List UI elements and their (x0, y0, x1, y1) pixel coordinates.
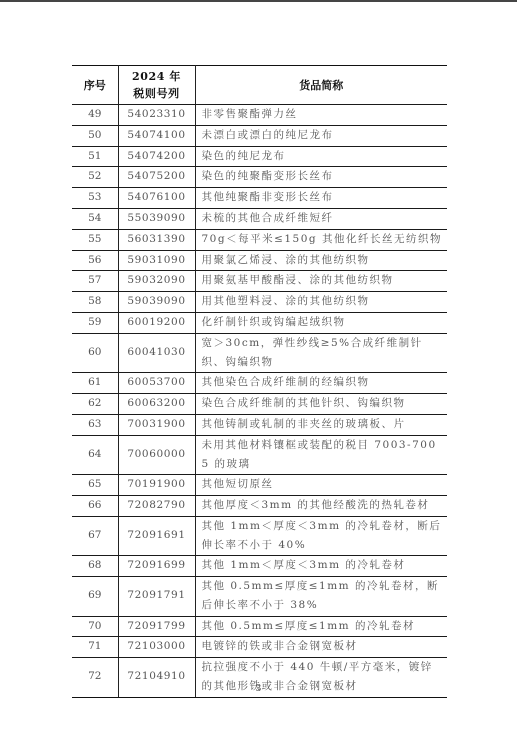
row-goods-name: 其他纯聚酯非变形长丝布 (195, 188, 447, 209)
row-goods-name: 宽＞30cm，弹性纱线≥5%合成纤维制针织、钩编织物 (195, 333, 447, 373)
row-tariff-code: 60063200 (118, 394, 195, 415)
table-row: 6060041030宽＞30cm，弹性纱线≥5%合成纤维制针织、钩编织物 (72, 333, 447, 373)
row-seq: 60 (72, 333, 118, 373)
row-goods-name: 非零售聚酯弹力丝 (195, 105, 447, 126)
row-goods-name: 其他 1mm＜厚度＜3mm 的冷轧卷材 (195, 556, 447, 577)
row-goods-name: 其他 1mm＜厚度＜3mm 的冷轧卷材，断后伸长率不小于 40% (195, 516, 447, 556)
header-tariff-code-line1: 2024 年 (119, 68, 195, 85)
header-goods-name: 货品简称 (195, 66, 447, 105)
row-tariff-code: 72091799 (118, 616, 195, 637)
row-seq: 66 (72, 495, 118, 516)
row-tariff-code: 70060000 (118, 435, 195, 475)
row-seq: 70 (72, 616, 118, 637)
table-row: 555603139070g＜每平米≤150g 其他化纤长丝无纺织物 (72, 229, 447, 250)
table-row: 5859039090用其他塑料浸、涂的其他纺织物 (72, 292, 447, 313)
row-goods-name: 其他 0.5mm≤厚度≤1mm 的冷轧卷材，断后伸长率不小于 38% (195, 577, 447, 617)
row-goods-name: 染色合成纤维制的其他针织、钩编织物 (195, 394, 447, 415)
table-row: 6370031900其他铸制或轧制的非夹丝的玻璃板、片 (72, 414, 447, 435)
table-row: 5254075200染色的纯聚酯变形长丝布 (72, 167, 447, 188)
row-tariff-code: 54075200 (118, 167, 195, 188)
row-tariff-code: 54074200 (118, 146, 195, 167)
row-seq: 56 (72, 250, 118, 271)
table-row: 5759032090用聚氨基甲酸酯浸、涂的其他纺织物 (72, 271, 447, 292)
row-tariff-code: 72091691 (118, 516, 195, 556)
table-row: 5455039090未梳的其他合成纤维短纤 (72, 208, 447, 229)
row-seq: 49 (72, 105, 118, 126)
table-row: 7072091799其他 0.5mm≤厚度≤1mm 的冷轧卷材 (72, 616, 447, 637)
table-row: 6772091691其他 1mm＜厚度＜3mm 的冷轧卷材，断后伸长率不小于 4… (72, 516, 447, 556)
row-seq: 54 (72, 208, 118, 229)
window-top-bar (0, 0, 517, 2)
row-goods-name: 用聚氯乙烯浸、涂的其他纺织物 (195, 250, 447, 271)
table-row: 6470060000未用其他材料镶框或装配的税目 7003-7005 的玻璃 (72, 435, 447, 475)
table-row: 4954023310非零售聚酯弹力丝 (72, 105, 447, 126)
header-tariff-code: 2024 年 税则号列 (118, 66, 195, 105)
row-tariff-code: 72091699 (118, 556, 195, 577)
row-tariff-code: 60041030 (118, 333, 195, 373)
row-seq: 58 (72, 292, 118, 313)
row-seq: 63 (72, 414, 118, 435)
row-seq: 71 (72, 637, 118, 658)
row-goods-name: 70g＜每平米≤150g 其他化纤长丝无纺织物 (195, 229, 447, 250)
row-goods-name: 染色的纯聚酯变形长丝布 (195, 167, 447, 188)
table-row: 5659031090用聚氯乙烯浸、涂的其他纺织物 (72, 250, 447, 271)
table-row: 6570191900其他短切原丝 (72, 475, 447, 496)
row-goods-name: 化纤制针织或钩编起绒织物 (195, 312, 447, 333)
table-row: 6260063200染色合成纤维制的其他针织、钩编织物 (72, 394, 447, 415)
row-tariff-code: 60053700 (118, 373, 195, 394)
row-tariff-code: 72091791 (118, 577, 195, 617)
table-header-row: 序号 2024 年 税则号列 货品简称 (72, 66, 447, 105)
page-number: 3 (0, 684, 517, 694)
row-seq: 67 (72, 516, 118, 556)
row-goods-name: 其他染色合成纤维制的经编织物 (195, 373, 447, 394)
row-goods-name: 未漂白或漂白的纯尼龙布 (195, 125, 447, 146)
row-seq: 61 (72, 373, 118, 394)
header-seq: 序号 (72, 66, 118, 105)
row-tariff-code: 55039090 (118, 208, 195, 229)
row-goods-name: 未用其他材料镶框或装配的税目 7003-7005 的玻璃 (195, 435, 447, 475)
table-row: 6672082790其他厚度＜3mm 的其他经酸洗的热轧卷材 (72, 495, 447, 516)
goods-table: 序号 2024 年 税则号列 货品简称 4954023310非零售聚酯弹力丝50… (72, 65, 447, 698)
row-seq: 65 (72, 475, 118, 496)
row-seq: 51 (72, 146, 118, 167)
row-goods-name: 用聚氨基甲酸酯浸、涂的其他纺织物 (195, 271, 447, 292)
header-tariff-code-line2: 税则号列 (119, 85, 195, 102)
table-row: 5054074100未漂白或漂白的纯尼龙布 (72, 125, 447, 146)
row-seq: 57 (72, 271, 118, 292)
table-row: 6972091791其他 0.5mm≤厚度≤1mm 的冷轧卷材，断后伸长率不小于… (72, 577, 447, 617)
row-seq: 55 (72, 229, 118, 250)
row-tariff-code: 60019200 (118, 312, 195, 333)
row-seq: 59 (72, 312, 118, 333)
row-tariff-code: 54074100 (118, 125, 195, 146)
row-tariff-code: 72082790 (118, 495, 195, 516)
table-row: 5960019200化纤制针织或钩编起绒织物 (72, 312, 447, 333)
row-goods-name: 其他厚度＜3mm 的其他经酸洗的热轧卷材 (195, 495, 447, 516)
row-tariff-code: 54023310 (118, 105, 195, 126)
row-seq: 69 (72, 577, 118, 617)
row-seq: 68 (72, 556, 118, 577)
row-seq: 53 (72, 188, 118, 209)
row-goods-name: 未梳的其他合成纤维短纤 (195, 208, 447, 229)
table-row: 5154074200染色的纯尼龙布 (72, 146, 447, 167)
row-tariff-code: 54076100 (118, 188, 195, 209)
row-tariff-code: 59031090 (118, 250, 195, 271)
table-row: 6872091699其他 1mm＜厚度＜3mm 的冷轧卷材 (72, 556, 447, 577)
row-goods-name: 其他短切原丝 (195, 475, 447, 496)
table-row: 7172103000电镀锌的铁或非合金钢宽板材 (72, 637, 447, 658)
row-goods-name: 其他 0.5mm≤厚度≤1mm 的冷轧卷材 (195, 616, 447, 637)
row-goods-name: 电镀锌的铁或非合金钢宽板材 (195, 637, 447, 658)
row-goods-name: 用其他塑料浸、涂的其他纺织物 (195, 292, 447, 313)
row-seq: 52 (72, 167, 118, 188)
row-tariff-code: 59032090 (118, 271, 195, 292)
row-tariff-code: 70191900 (118, 475, 195, 496)
row-seq: 62 (72, 394, 118, 415)
row-goods-name: 其他铸制或轧制的非夹丝的玻璃板、片 (195, 414, 447, 435)
row-tariff-code: 72103000 (118, 637, 195, 658)
row-seq: 64 (72, 435, 118, 475)
row-seq: 50 (72, 125, 118, 146)
row-goods-name: 染色的纯尼龙布 (195, 146, 447, 167)
row-tariff-code: 59039090 (118, 292, 195, 313)
row-tariff-code: 70031900 (118, 414, 195, 435)
table-row: 6160053700其他染色合成纤维制的经编织物 (72, 373, 447, 394)
table-row: 5354076100其他纯聚酯非变形长丝布 (72, 188, 447, 209)
row-tariff-code: 56031390 (118, 229, 195, 250)
